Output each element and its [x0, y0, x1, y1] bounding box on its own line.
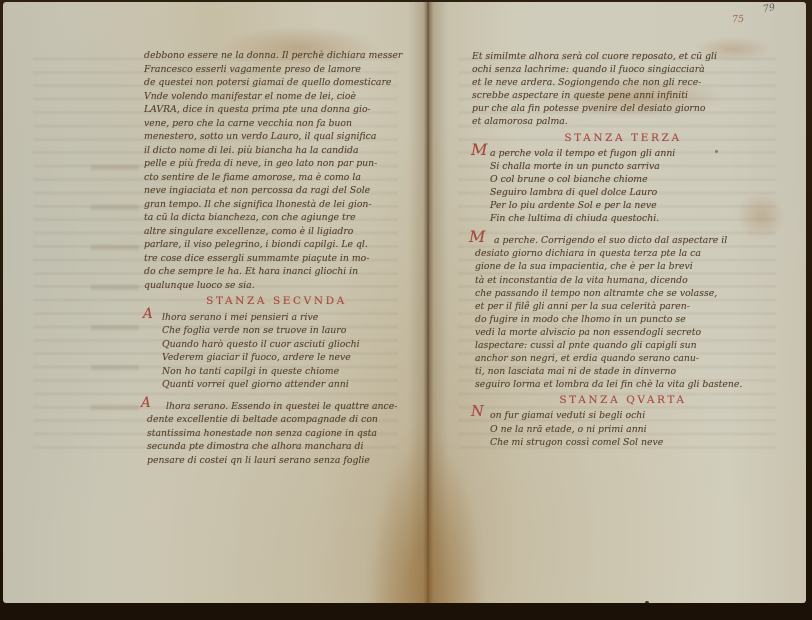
- text-line: Et similmte alhora serà col cuore reposa…: [472, 50, 774, 63]
- verse-line: lhora serano i mei pensieri a rive: [162, 311, 409, 325]
- text-line: dente excellentie di beltade acompagnade…: [147, 413, 409, 427]
- verse-line: Quanti vorrei quel giorno attender anni: [162, 378, 409, 392]
- text-line: ochi senza lachrime: quando il fuoco sin…: [472, 63, 774, 76]
- text-line: et alamorosa palma.: [472, 115, 774, 128]
- verse-line: Quando harò questo il cuor asciuti glioc…: [162, 338, 409, 352]
- verse-line: Si challa morte in un puncto sarriva: [490, 160, 774, 173]
- right-paragraph-1: Et similmte alhora serà col cuore reposa…: [472, 50, 774, 129]
- ink-speck: [645, 601, 649, 603]
- verse-line: Fin che lultima di chiuda questochi.: [490, 212, 774, 225]
- text-line: stantissima honestade non senza cagione …: [147, 427, 409, 441]
- folio-number-red: 75: [732, 14, 745, 26]
- text-line: tà et inconstantia de la vita humana, di…: [475, 274, 774, 287]
- text-line: LAVRA, dice in questa prima pte una donn…: [144, 103, 409, 117]
- text-line: lhora serano. Essendo in questei le quat…: [147, 400, 409, 414]
- text-line: vene, pero che la carne vecchia non fa b…: [144, 117, 409, 131]
- verse-line: Seguiro lambra di quel dolce Lauro: [490, 186, 774, 199]
- text-line: desiato giorno dichiara in questa terza …: [475, 247, 774, 260]
- commentary-stanza-terza: M a perche. Corrigendo el suo dicto dal …: [472, 234, 774, 391]
- stanza-quarta: N on fur giamai veduti si begli ochi O n…: [472, 409, 774, 448]
- drop-initial-N: N: [471, 406, 484, 419]
- text-line: debbono essere ne la donna. Il perchè di…: [144, 49, 409, 63]
- text-line: seguiro lorma et lombra da lei fin chè l…: [475, 378, 774, 391]
- text-line: pensare di costei qn li lauri serano sen…: [147, 454, 409, 468]
- photo-frame: 75 79 debbono essere ne la donna. Il per…: [0, 0, 812, 620]
- text-line: altre singulare excellenze, como è il li…: [144, 225, 409, 239]
- text-line: cto sentire de le fiame amorose, ma è co…: [144, 171, 409, 185]
- drop-initial-M: M: [469, 230, 485, 243]
- verse-line: a perche vola il tempo et fugon gli anni: [490, 147, 774, 160]
- text-line: screbbe aspectare in queste pene anni in…: [472, 89, 774, 102]
- text-line: gione de la sua impacientia, che è per l…: [475, 260, 774, 273]
- verse-line: on fur giamai veduti si begli ochi: [490, 409, 774, 422]
- drop-initial-A: A: [141, 397, 151, 411]
- text-line: pur che ala fin potesse pvenire del desi…: [472, 102, 774, 115]
- stanza-terza: M a perche vola il tempo et fugon gli an…: [472, 147, 774, 226]
- heading-stanza-quarta: STANZA QVARTA: [472, 394, 774, 407]
- text-line: a perche. Corrigendo el suo dicto dal as…: [475, 234, 774, 247]
- verse-line: O ne la nrā etade, o ni primi anni: [490, 423, 774, 436]
- left-paragraph-1: debbono essere ne la donna. Il perchè di…: [144, 49, 409, 292]
- text-line: il dicto nome di lei. più biancha ha la …: [144, 144, 409, 158]
- commentary-stanza-secunda: A lhora serano. Essendo in questei le qu…: [144, 400, 409, 468]
- text-line: che passando il tempo non altramte che s…: [475, 287, 774, 300]
- text-line: neve ingiaciata et non percossa da ragi …: [144, 184, 409, 198]
- drop-initial-M: M: [471, 143, 487, 156]
- verse-line: O col brune o col bianche chiome: [490, 173, 774, 186]
- left-page-text: debbono essere ne la donna. Il perchè di…: [144, 49, 409, 467]
- text-line: ti, non lasciata mai ni de stade in dinv…: [475, 365, 774, 378]
- text-line: do fugire in modo che lhomo in un puncto…: [475, 313, 774, 326]
- book-gutter: [408, 2, 448, 603]
- text-line: et per il filê gli anni per la sua celer…: [475, 300, 774, 313]
- text-line: menestero, sotto un verdo Lauro, il qual…: [144, 130, 409, 144]
- text-line: pelle e più freda di neve, in geo lato n…: [144, 157, 409, 171]
- verse-line: Che foglia verde non se truove in lauro: [162, 324, 409, 338]
- stanza-secunda: A lhora serano i mei pensieri a rive Che…: [144, 311, 409, 392]
- heading-stanza-terza: STANZA TERZA: [472, 132, 774, 145]
- text-line: et le neve ardera. Sogiongendo che non g…: [472, 76, 774, 89]
- heading-stanza-secunda: STANZA SECVNDA: [144, 295, 409, 309]
- verse-line: Che mi strugon cossì comel Sol neve: [490, 436, 774, 449]
- text-line: Vnde volendo manifestar el nome de lei, …: [144, 90, 409, 104]
- right-page-text: Et similmte alhora serà col cuore reposa…: [472, 50, 774, 449]
- verse-line: Non ho tanti capilgi in queste chiome: [162, 365, 409, 379]
- text-line: ta cū la dicta biancheza, con che agiung…: [144, 211, 409, 225]
- text-line: laspectare: cussì al pnte quando gli cap…: [475, 339, 774, 352]
- text-line: de questei non potersi giamai de quello …: [144, 76, 409, 90]
- text-line: gran tempo. Il che significa lhonestà de…: [144, 198, 409, 212]
- text-line: tre cose dice essergli summamte piaçute …: [144, 252, 409, 266]
- folio-number-ink: 79: [762, 2, 776, 15]
- text-line: qualunque luoco se sia.: [144, 279, 409, 293]
- manuscript-book-spread: 75 79 debbono essere ne la donna. Il per…: [3, 2, 806, 603]
- text-line: do che sempre le ha. Et hara inanci glio…: [144, 265, 409, 279]
- text-line: secunda pte dimostra che alhora manchara…: [147, 440, 409, 454]
- drop-initial-A: A: [143, 308, 153, 322]
- text-line: vedi la morte alviscio pa non essendogli…: [475, 326, 774, 339]
- text-line: Francesco esserli vagamente preso de lam…: [144, 63, 409, 77]
- verse-line: Vederem giaciar il fuoco, ardere le neve: [162, 351, 409, 365]
- text-line: anchor son negri, et erdia quando serano…: [475, 352, 774, 365]
- text-line: parlare, il viso pelegrino, i biondi cap…: [144, 238, 409, 252]
- verse-line: Per lo piu ardente Sol e per la neve: [490, 199, 774, 212]
